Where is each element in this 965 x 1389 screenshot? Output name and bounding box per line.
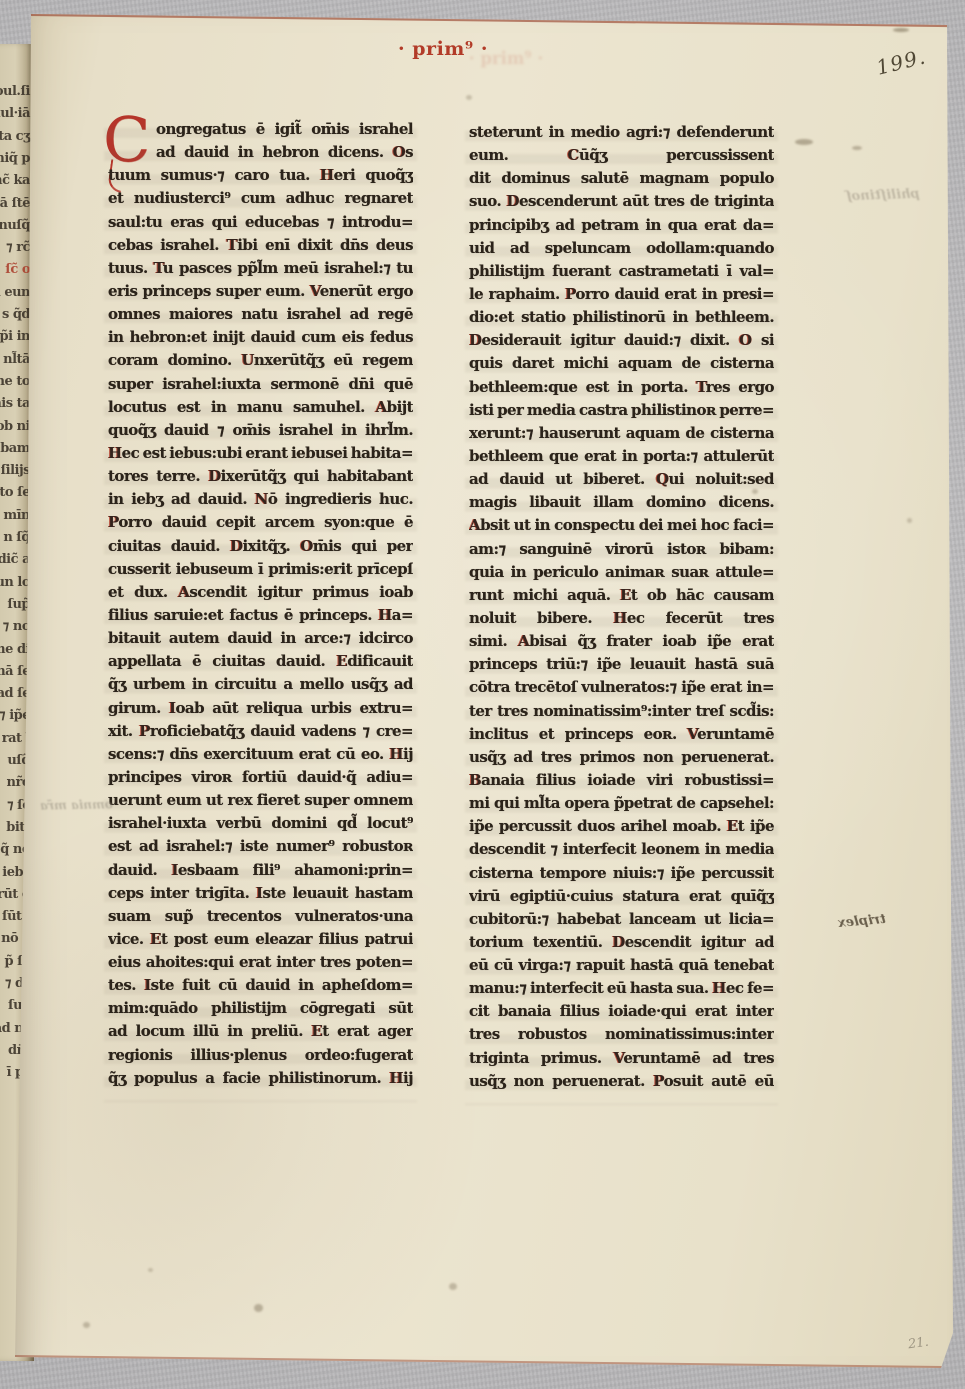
edge-text-fragment: ip̃i in (0, 329, 30, 344)
edge-text-fragment: n ſq̃ (3, 530, 30, 545)
foxing-speck (907, 518, 912, 523)
text-line: triginta primus. Veruntamē ad tres (469, 1047, 774, 1070)
manuscript-page: · prim⁹ · · prim⁹ · 199. C ongregatus ē … (0, 0, 965, 1389)
edge-text-fragment: bam (0, 441, 30, 456)
rubricated-capital: D (469, 331, 481, 349)
edge-text-fragment: nta cʒ (0, 129, 30, 144)
text-line: regionis illius·plenus ordeo:fugerat (108, 1044, 413, 1067)
page-edge-stain-bottom (15, 1355, 943, 1369)
text-line: Absit ut in conspectu dei mei hoc faci= (469, 514, 774, 537)
edge-text-fragment: aul·iā (0, 106, 30, 121)
text-line: isti per media castra philistinoʀ perre= (469, 399, 774, 422)
text-line: noluit bibere. Hec fecerūt tres robustiſ… (469, 607, 774, 630)
edge-text-fragment: niq̃ p (0, 151, 30, 166)
text-line: bethleem:que est in porta. Tres ergo (469, 376, 774, 399)
rubricated-capital: H (320, 166, 334, 184)
text-line: ip̃e percussit duos arihel moab. Et ip̃e (469, 815, 774, 838)
text-line: cebas israhel. Tibi enī dixit dn̄s deus (108, 234, 413, 257)
edge-text-fragment: to ſe (0, 485, 30, 500)
text-line: cubitorū:⁊ habebat lanceam ut licia= (469, 908, 774, 931)
text-line: eum. Cūq̃ʒ percussissent philisteos:de= (469, 144, 774, 167)
text-line: q̃ʒ populus a facie philistinorum. Hij (108, 1067, 413, 1090)
edge-text-fragment: me to (0, 374, 30, 389)
text-line: bitauit autem dauid in arce:⁊ idcirco (108, 627, 413, 650)
text-line: usq̃ʒ non peruenerat. Posuit autē eū (469, 1070, 774, 1093)
text-line: le raphaim. Porro dauid erat in presi= (469, 283, 774, 306)
text-line: dit dominus salutē magnam populo (469, 167, 774, 190)
edge-text-fragment: thc̃ ka (0, 173, 30, 188)
text-line: usq̃ʒ ad tres primos non peruenerat. (469, 746, 774, 769)
foxing-speck (893, 28, 909, 32)
text-line: cōtra trecētoſ vulneratos:⁊ ip̃e erat in… (469, 676, 774, 699)
rubricated-capital: V (614, 1049, 624, 1067)
text-line: ad dauid ut biberet. Qui noluit:sed (469, 468, 774, 491)
rubricated-capital: T (227, 236, 238, 254)
foxing-speck (148, 1268, 153, 1272)
text-line: et dux. Ascendit igitur primus ioab (108, 581, 413, 604)
rubricated-capital: O (300, 537, 313, 555)
rubricated-capital: I (256, 884, 262, 902)
text-line: quoq̃ʒ dauid ⁊ om̄is israhel in ihrl̃m. (108, 419, 413, 442)
rubricated-capital: B (469, 771, 481, 789)
running-head: · prim⁹ · (378, 38, 508, 60)
edge-text-fragment: mīn (3, 508, 30, 523)
rubricated-capital: H (389, 745, 403, 763)
text-line: dio:et statio philistinorū in bethleem. (469, 306, 774, 329)
text-line: cit banaia filius ioiade·qui erat inter (469, 1000, 774, 1023)
rubricated-capital: P (653, 1072, 663, 1090)
rubricated-capital: E (311, 1022, 322, 1040)
text-line: am:⁊ sanguinē virorū istoʀ bibam: (469, 538, 774, 561)
foxing-speck (852, 146, 862, 150)
rubricated-capital: T (154, 259, 163, 277)
edge-text-fragment: ſilijs (1, 463, 30, 478)
rubricated-capital: I (171, 861, 177, 879)
text-line: et nudiusterci⁹ cum adhuc regnaret (108, 187, 413, 210)
text-line: tuum sumus·⁊ caro tua. Heri quoq̃ʒ (108, 164, 413, 187)
edge-text-fragment: dic̃ a (0, 552, 30, 567)
text-line: princeps triū:⁊ ip̃e leuauit hastā suā (469, 653, 774, 676)
rubricated-capital: P (139, 722, 150, 740)
text-line: eris princeps super eum. Venerūt ergo (108, 280, 413, 303)
rubricated-capital: A (376, 398, 387, 416)
text-line: girum. Ioab aūt reliqua urbis extru= (108, 697, 413, 720)
rubricated-capital: H (389, 1069, 403, 1087)
text-line: tes. Iste fuit cū dauid in apheſdom= (108, 974, 413, 997)
text-line: q̃ʒ urbem in circuitu a mello usq̃ʒ ad (108, 673, 413, 696)
text-line: est ad israhel:⁊ iste numer⁹ robustoʀ (108, 835, 413, 858)
rubricated-capital: H (378, 606, 392, 624)
rubricated-capital: H (613, 609, 627, 627)
text-line: magis libauit illam domino dicens. (469, 491, 774, 514)
text-line: quis daret michi aquam de cisterna (469, 352, 774, 375)
text-line: locutus est in manu samuhel. Abijt (108, 396, 413, 419)
text-line: ad locum illū in preliū. Et erat ager (108, 1020, 413, 1043)
foxing-speck (752, 489, 758, 494)
text-line: in iebʒ ad dauid. Nō ingredieris huc. (108, 488, 413, 511)
edge-text-fragment: ⁊ rc̃ (6, 240, 30, 255)
rubricated-capital: I (169, 699, 175, 717)
rubricated-capital: D (507, 192, 519, 210)
page-edge-stain-right (949, 25, 958, 1335)
text-line: suam sup̃ trecentos vulneratos·una (108, 905, 413, 928)
text-line: Hec est iebus:ubi erant iebusei habita= (108, 442, 413, 465)
text-line: filius saruie:et factus ē princeps. Ha= (108, 604, 413, 627)
rubricated-capital: A (178, 583, 189, 601)
rubricated-capital: O (739, 331, 752, 349)
text-line: ciuitas dauid. Dixitq̃ʒ. Om̄is qui per (108, 535, 413, 558)
rubricated-capital: O (393, 143, 406, 161)
text-line: tores terre. Dixerūtq̃ʒ qui habitabant (108, 465, 413, 488)
text-line: coram domino. Unxerūtq̃ʒ eū regem (108, 349, 413, 372)
text-column-right: steterunt in medio agri:⁊ defenderunteum… (469, 121, 774, 1093)
text-line: Banaia filius ioiade viri robustissi= (469, 769, 774, 792)
edge-text-fragment: ad ſe (0, 686, 30, 701)
edge-text-fragment: ob ni (0, 419, 30, 434)
rubricated-capital: D (612, 933, 624, 951)
text-line: xit. Proficiebatq̃ʒ dauid vadens ⁊ cre= (108, 720, 413, 743)
text-line: philistijm fuerant castrametati ī val= (469, 260, 774, 283)
rubricated-capital: E (336, 652, 347, 670)
text-line: ceps inter trigīta. Iste leuauit hastam (108, 882, 413, 905)
text-line: quia in periculo animaʀ suaʀ attule= (469, 561, 774, 584)
edge-text-fragment: me di (0, 642, 30, 657)
rubricated-capital: P (565, 285, 575, 303)
text-line: eū cū virga:⁊ rapuit hastā quā tenebat (469, 954, 774, 977)
text-line: mi qui ml̃ta opera p̃petrat de capsehel: (469, 792, 774, 815)
text-line: virū egiptiū·cuius statura erat quīq̃ʒ (469, 885, 774, 908)
rubricated-capital: C (568, 146, 579, 164)
edge-text-fragment: ſc̃ o (5, 262, 30, 277)
foxing-speck (449, 1283, 457, 1290)
text-line: saul:tu eras qui educebas ⁊ introdu= (108, 211, 413, 234)
rubricated-capital: A (469, 516, 480, 534)
page-edge-stain-top (28, 13, 949, 27)
text-line: xerunt:⁊ hauserunt aquam de cisterna (469, 422, 774, 445)
foxing-speck (83, 1322, 90, 1328)
text-line: israhel·iuxta verbū domini qd̃ locut⁹ (108, 812, 413, 835)
text-line: mim:quādo philistijm cōgregati sūt (108, 997, 413, 1020)
margin-note: triplex (837, 912, 886, 931)
edge-text-fragment: ā ſtē (0, 196, 30, 211)
text-line: Desiderauit igitur dauid:⁊ dixit. O si (469, 329, 774, 352)
edge-text-fragment: nl̃tā (3, 352, 30, 367)
scanner-backdrop: oul.ſiaul·iānta cʒniq̃ pthc̃ kaā ſtēnuſq… (0, 0, 965, 1389)
text-line: tres robustos nominatissimus:inter (469, 1023, 774, 1046)
edge-text-fragment: ſup̃ (7, 597, 30, 612)
edge-text-fragment: oul.ſi (0, 84, 30, 99)
rubricated-capital: V (310, 282, 320, 300)
text-line: dauid. Iesbaam fili⁹ ahamoni:prin= (108, 859, 413, 882)
rubricated-capital: P (108, 513, 118, 531)
rubricated-capital: H (108, 444, 122, 462)
edge-text-fragment: nā ſe (0, 664, 30, 679)
rubricated-capital: Q (656, 470, 669, 488)
rubricated-capital: T (696, 378, 706, 396)
text-line: uid ad speluncam odollam:quando (469, 237, 774, 260)
text-column-left: ongregatus ē igit̃ om̄is israhelad dauid… (108, 118, 413, 1090)
text-line: omnes maiores natu israhel ad regē (108, 303, 413, 326)
foxing-speck (795, 139, 813, 145)
edge-text-fragment: ⁊ ip̃e (0, 708, 30, 723)
text-line: uerunt eum ut rex fieret super omnem (108, 789, 413, 812)
text-line: ter tres nominatissim⁹:inter treſ scd̃is… (469, 700, 774, 723)
text-line: tuus. Tu pasces pp̃l̃m meū israhel:⁊ tu (108, 257, 413, 280)
text-line: bethleem que erat in porta:⁊ attulerūt (469, 445, 774, 468)
text-line: steterunt in medio agri:⁊ defenderunt (469, 121, 774, 144)
rubricated-capital: E (150, 930, 161, 948)
text-line: manu:⁊ interfecit eū hasta sua. Hec fe= (469, 977, 774, 1000)
rubricated-capital: E (620, 586, 631, 604)
foxing-speck (254, 1304, 263, 1312)
edge-text-fragment: s q̃d (2, 307, 30, 322)
edge-text-fragment: n eun (0, 285, 30, 300)
text-line: super israhel:iuxta sermonē dn̄i quē (108, 373, 413, 396)
margin-note: omnia mr̃a (40, 797, 113, 812)
text-line: descendit ⁊ interfecit leonem in media (469, 838, 774, 861)
rubricated-capital: V (687, 725, 697, 743)
edge-text-fragment: nuſq̃ (0, 218, 30, 233)
text-line: cusserit iebuseum ī primis:erit prīcepſ (108, 558, 413, 581)
margin-note: philiſtinoſ (846, 187, 920, 205)
folio-number: 199. (874, 44, 929, 80)
rubricated-capital: I (144, 976, 150, 994)
text-line: principes viroʀ fortiū dauid·q̃ adiu= (108, 766, 413, 789)
rubricated-capital: U (241, 351, 254, 369)
text-line: runt michi aquā. Et ob hāc causam (469, 584, 774, 607)
text-line: suo. Descenderunt aūt tres de triginta (469, 190, 774, 213)
text-line: principibʒ ad petram in qua erat da= (469, 214, 774, 237)
text-line: scens:⁊ dn̄s exercituum erat cū eo. Hij (108, 743, 413, 766)
rubricated-capital: H (712, 979, 726, 997)
rubricated-capital: D (208, 467, 220, 485)
edge-text-fragment: un lo (0, 575, 30, 590)
rubricated-capital: A (518, 632, 529, 650)
text-line: inclitus et princeps eoʀ. Veruntamē (469, 723, 774, 746)
text-line: Porro dauid cepit arcem syon:que ē (108, 511, 413, 534)
text-line: cisterna tempore niuis:⁊ ip̃e percussit (469, 862, 774, 885)
text-line: vice. Et post eum eleazar filius patrui (108, 928, 413, 951)
text-line: simi. Abisai q̃ʒ frater ioab ip̃e erat (469, 630, 774, 653)
text-line: torium texentiū. Descendit igitur ad (469, 931, 774, 954)
text-line: in hebron:et inijt dauid cum eis fedus (108, 326, 413, 349)
rubricated-capital: N (255, 490, 268, 508)
edge-text-fragment: nis ta (0, 396, 30, 411)
text-line: ad dauid in hebron dicens. Os (108, 141, 413, 164)
text-line: appellata ē ciuitas dauid. Edificauit (108, 650, 413, 673)
edge-text-fragment: ⁊ no (3, 619, 30, 634)
text-line: ongregatus ē igit̃ om̄is israhel (108, 118, 413, 141)
text-line: eius ahoites:qui erat inter tres poten= (108, 951, 413, 974)
rubricated-capital: E (727, 817, 738, 835)
rubricated-capital: D (230, 537, 242, 555)
foxing-speck (466, 95, 472, 100)
pencil-shelfmark: 21. (907, 1335, 930, 1353)
